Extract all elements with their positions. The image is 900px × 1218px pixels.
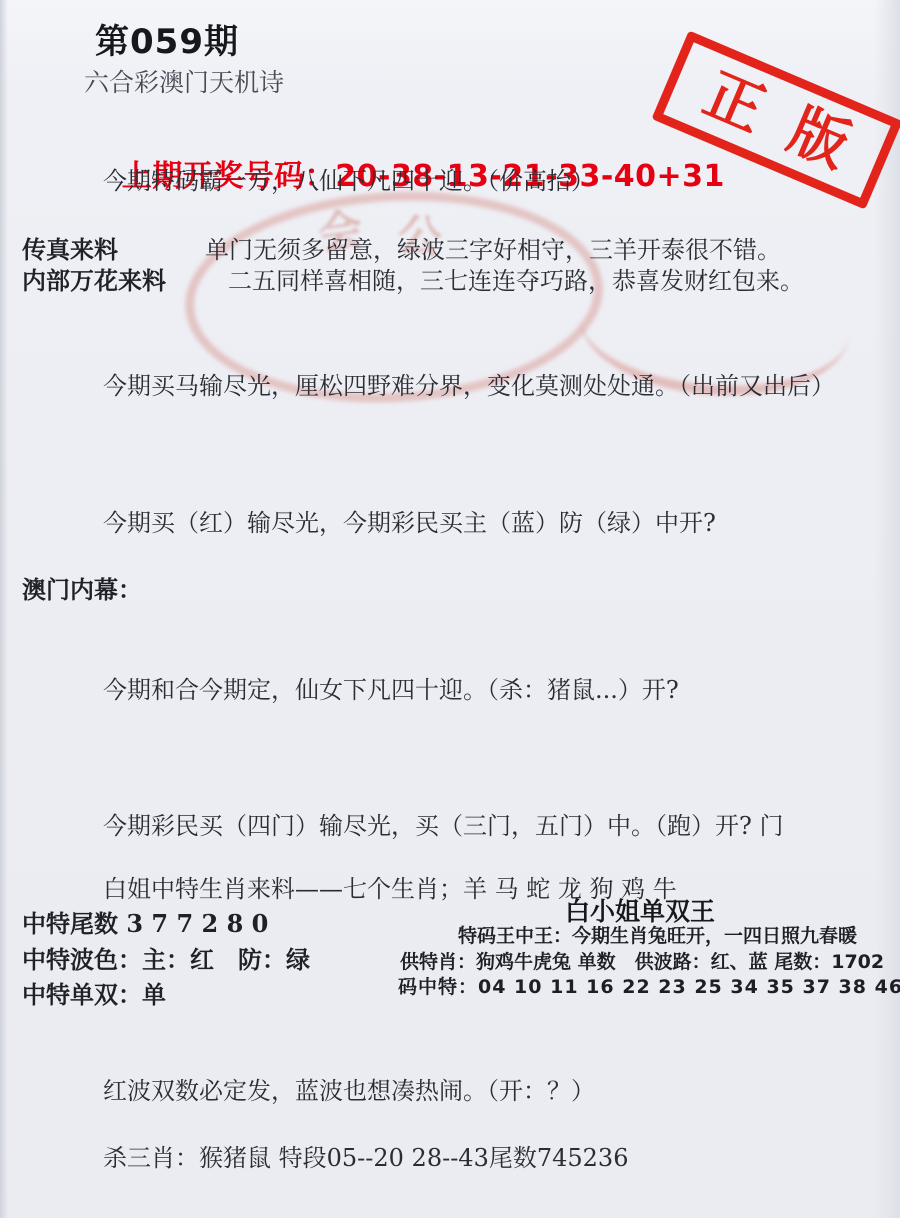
poem-hehe: 今期和合今期定，仙女下凡四十迎。（杀：猪鼠...）开? <box>103 670 679 705</box>
wave-color-line: 中特波色：主：红 防：绿 <box>22 940 310 975</box>
fax-source-label: 传真来料 <box>22 230 118 265</box>
internal-source-label: 内部万花来料 <box>22 261 166 296</box>
tip-sheet-page: 会 公 正 版 第059期 六合彩澳门天机诗 上期开奖号码：20-38-13-2… <box>0 0 900 1218</box>
wave-prediction-line: 红波双数必定发，蓝波也想凑热闹。（开：？） <box>103 1071 595 1106</box>
macau-insider-label: 澳门内幕： <box>22 570 142 605</box>
king-of-kings-line: 特码王中王：今期生肖兔旺开，一四日照九春暖 <box>458 921 857 948</box>
fax-poem: 单门无须多留意，绿波三字好相守，三羊开泰很不错。 <box>205 230 781 265</box>
code-numbers-line: 码中特：04 10 11 16 22 23 25 34 35 37 38 46 … <box>398 972 900 999</box>
odd-even-line: 中特单双：单 <box>22 975 166 1010</box>
internal-poem: 二五同样喜相随，三七连连夺巧路，恭喜发财红包来。 <box>228 261 804 296</box>
tail-numbers-line: 中特尾数 3 7 7 2 8 0 <box>22 904 268 939</box>
poem-buy-horse: 今期买马输尽光，厘松四野难分界，变化莫测处处通。（出前又出后） <box>103 366 835 401</box>
poem-doors: 今期彩民买（四门）输尽光，买（三门，五门）中。（跑）开? 门 <box>103 806 784 841</box>
stamp-char: 版 <box>781 100 857 176</box>
kill-three-zodiac-line: 杀三肖：猴猪鼠 特段05--20 28--43尾数745236 <box>103 1138 628 1173</box>
supply-zodiac-line: 供特肖：狗鸡牛虎兔 单数 供波路：红、蓝 尾数：1702 <box>400 947 884 974</box>
poem-color-guess: 今期买（红）输尽光，今期彩民买主（蓝）防（绿）中开? <box>103 503 716 538</box>
page-subtitle: 六合彩澳门天机诗 <box>84 63 284 99</box>
poem-special-code: 今期特码霸一方，八仙下凡四十迎。（价高抬） <box>103 161 595 196</box>
issue-title: 第059期 <box>95 14 239 63</box>
